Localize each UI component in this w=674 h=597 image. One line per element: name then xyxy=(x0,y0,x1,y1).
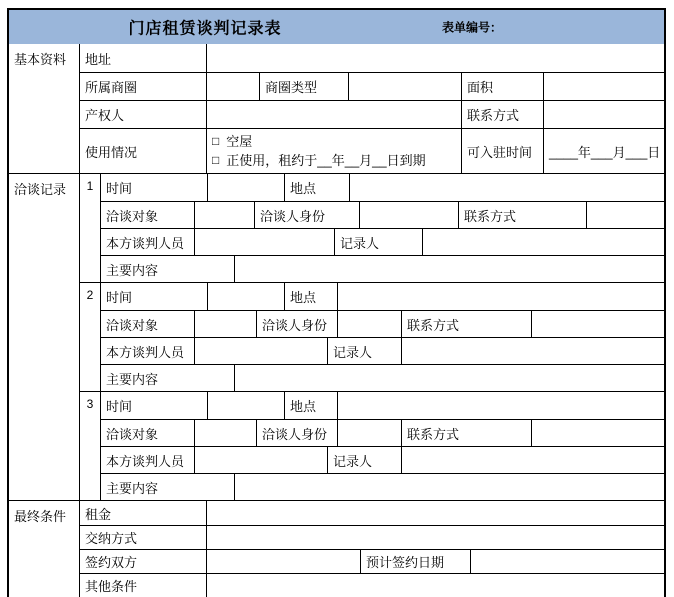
record-2-place-value-cell[interactable] xyxy=(337,283,664,310)
record-2-counterpart-label: 洽谈对象 xyxy=(101,311,194,337)
record-3-contact-label: 联系方式 xyxy=(401,420,531,446)
form-header-bar: 门店租赁谈判记录表 表单编号： xyxy=(9,10,664,44)
record-3-counterpart-value-cell[interactable] xyxy=(194,420,256,446)
district-label: 所属商圈 xyxy=(80,73,206,100)
section-final-conditions: 最终条件 租金 交纳方式 签约双方 预计签约日期 其他条件 xyxy=(9,500,664,597)
negotiation-record-1: 1 时间 地点 洽谈对象 洽谈人身份 联 xyxy=(80,174,664,282)
record-1-place-value-cell[interactable] xyxy=(349,174,664,201)
record-3-time-value-cell[interactable] xyxy=(207,392,284,419)
expected-sign-date-value-cell[interactable] xyxy=(470,550,664,573)
record-2-our-team-label: 本方谈判人员 xyxy=(101,338,194,364)
record-3-content-value-cell[interactable] xyxy=(234,474,664,500)
record-2-counterpart-value-cell[interactable] xyxy=(194,311,256,337)
record-1-contact-value-cell[interactable] xyxy=(586,202,664,228)
record-2-contact-label: 联系方式 xyxy=(401,311,531,337)
record-3-place-label: 地点 xyxy=(284,392,337,419)
record-2-content-label: 主要内容 xyxy=(101,365,234,391)
record-2-contact-value-cell[interactable] xyxy=(531,311,664,337)
movein-label: 可入驻时间 xyxy=(461,129,543,173)
record-2-identity-label: 洽谈人身份 xyxy=(256,311,337,337)
payment-method-label: 交纳方式 xyxy=(80,526,206,549)
record-2-recorder-label: 记录人 xyxy=(327,338,401,364)
final-section-label: 最终条件 xyxy=(9,501,79,597)
record-3-our-team-value-cell[interactable] xyxy=(194,447,327,473)
address-label: 地址 xyxy=(80,44,206,72)
district-type-value-cell[interactable] xyxy=(348,73,461,100)
record-1-time-value-cell[interactable] xyxy=(207,174,284,201)
section-basic-info: 基本资料 地址 所属商圈 商圈类型 面积 产权人 联系方式 xyxy=(9,44,664,173)
record-1-counterpart-label: 洽谈对象 xyxy=(101,202,194,228)
owner-contact-label: 联系方式 xyxy=(461,101,543,128)
record-2-recorder-value-cell[interactable] xyxy=(401,338,664,364)
negotiation-section-label: 洽谈记录 xyxy=(9,174,79,500)
record-2-our-team-value-cell[interactable] xyxy=(194,338,327,364)
record-3-counterpart-label: 洽谈对象 xyxy=(101,420,194,446)
record-3-contact-value-cell[interactable] xyxy=(531,420,664,446)
address-value-cell[interactable] xyxy=(206,44,664,72)
form-number-label: 表单编号： xyxy=(442,19,502,36)
record-3-recorder-label: 记录人 xyxy=(327,447,401,473)
area-value-cell[interactable] xyxy=(543,73,664,100)
usage-label: 使用情况 xyxy=(80,129,206,173)
owner-contact-value-cell[interactable] xyxy=(543,101,664,128)
owner-label: 产权人 xyxy=(80,101,206,128)
checkbox-vacant-icon[interactable]: □ xyxy=(212,132,219,151)
other-conditions-value-cell[interactable] xyxy=(206,574,664,597)
usage-option-inuse-label: 正使用，租约于__年__月__日到期 xyxy=(226,151,425,170)
area-label: 面积 xyxy=(461,73,543,100)
record-2-identity-value-cell[interactable] xyxy=(337,311,401,337)
record-1-number: 1 xyxy=(80,174,100,282)
checkbox-inuse-icon[interactable]: □ xyxy=(212,151,219,170)
record-1-identity-value-cell[interactable] xyxy=(359,202,458,228)
record-1-content-label: 主要内容 xyxy=(101,256,234,282)
district-value-cell[interactable] xyxy=(206,73,259,100)
usage-option-vacant[interactable]: □ 空屋 xyxy=(212,132,252,151)
record-2-time-value-cell[interactable] xyxy=(207,283,284,310)
signing-parties-value-cell[interactable] xyxy=(206,550,360,573)
record-1-recorder-value-cell[interactable] xyxy=(422,229,664,255)
payment-method-value-cell[interactable] xyxy=(206,526,664,549)
rent-label: 租金 xyxy=(80,501,206,525)
record-3-our-team-label: 本方谈判人员 xyxy=(101,447,194,473)
movein-value-cell[interactable]: ____年___月___日 xyxy=(543,129,664,173)
page: 门店租赁谈判记录表 表单编号： 基本资料 地址 所属商圈 商圈类型 面积 xyxy=(0,0,674,597)
usage-option-vacant-label: 空屋 xyxy=(226,132,252,151)
record-3-recorder-value-cell[interactable] xyxy=(401,447,664,473)
rent-value-cell[interactable] xyxy=(206,501,664,525)
basic-section-label: 基本资料 xyxy=(9,44,79,173)
negotiation-record-3: 3 时间 地点 洽谈对象 洽谈人身份 联 xyxy=(80,391,664,500)
record-1-identity-label: 洽谈人身份 xyxy=(254,202,359,228)
record-1-our-team-label: 本方谈判人员 xyxy=(101,229,194,255)
district-type-label: 商圈类型 xyxy=(259,73,348,100)
section-negotiation-records: 洽谈记录 1 时间 地点 洽谈对象 xyxy=(9,173,664,500)
record-3-number: 3 xyxy=(80,392,100,500)
record-2-place-label: 地点 xyxy=(284,283,337,310)
record-1-counterpart-value-cell[interactable] xyxy=(194,202,254,228)
record-2-number: 2 xyxy=(80,283,100,391)
record-2-content-value-cell[interactable] xyxy=(234,365,664,391)
form-title: 门店租赁谈判记录表 xyxy=(128,16,281,39)
other-conditions-label: 其他条件 xyxy=(80,574,206,597)
record-3-content-label: 主要内容 xyxy=(101,474,234,500)
record-3-identity-label: 洽谈人身份 xyxy=(256,420,337,446)
usage-options-cell: □ 空屋 □ 正使用，租约于__年__月__日到期 xyxy=(206,129,461,173)
usage-option-inuse[interactable]: □ 正使用，租约于__年__月__日到期 xyxy=(212,151,426,170)
record-3-identity-value-cell[interactable] xyxy=(337,420,401,446)
record-1-contact-label: 联系方式 xyxy=(458,202,586,228)
negotiation-record-2: 2 时间 地点 洽谈对象 洽谈人身份 联 xyxy=(80,282,664,391)
record-1-recorder-label: 记录人 xyxy=(334,229,422,255)
owner-value-cell[interactable] xyxy=(206,101,461,128)
record-2-time-label: 时间 xyxy=(101,283,207,310)
lease-negotiation-form-table: 门店租赁谈判记录表 表单编号： 基本资料 地址 所属商圈 商圈类型 面积 xyxy=(7,8,666,597)
record-3-time-label: 时间 xyxy=(101,392,207,419)
signing-parties-label: 签约双方 xyxy=(80,550,206,573)
expected-sign-date-label: 预计签约日期 xyxy=(360,550,470,573)
record-1-time-label: 时间 xyxy=(101,174,207,201)
record-3-place-value-cell[interactable] xyxy=(337,392,664,419)
record-1-place-label: 地点 xyxy=(284,174,349,201)
record-1-our-team-value-cell[interactable] xyxy=(194,229,334,255)
record-1-content-value-cell[interactable] xyxy=(234,256,664,282)
